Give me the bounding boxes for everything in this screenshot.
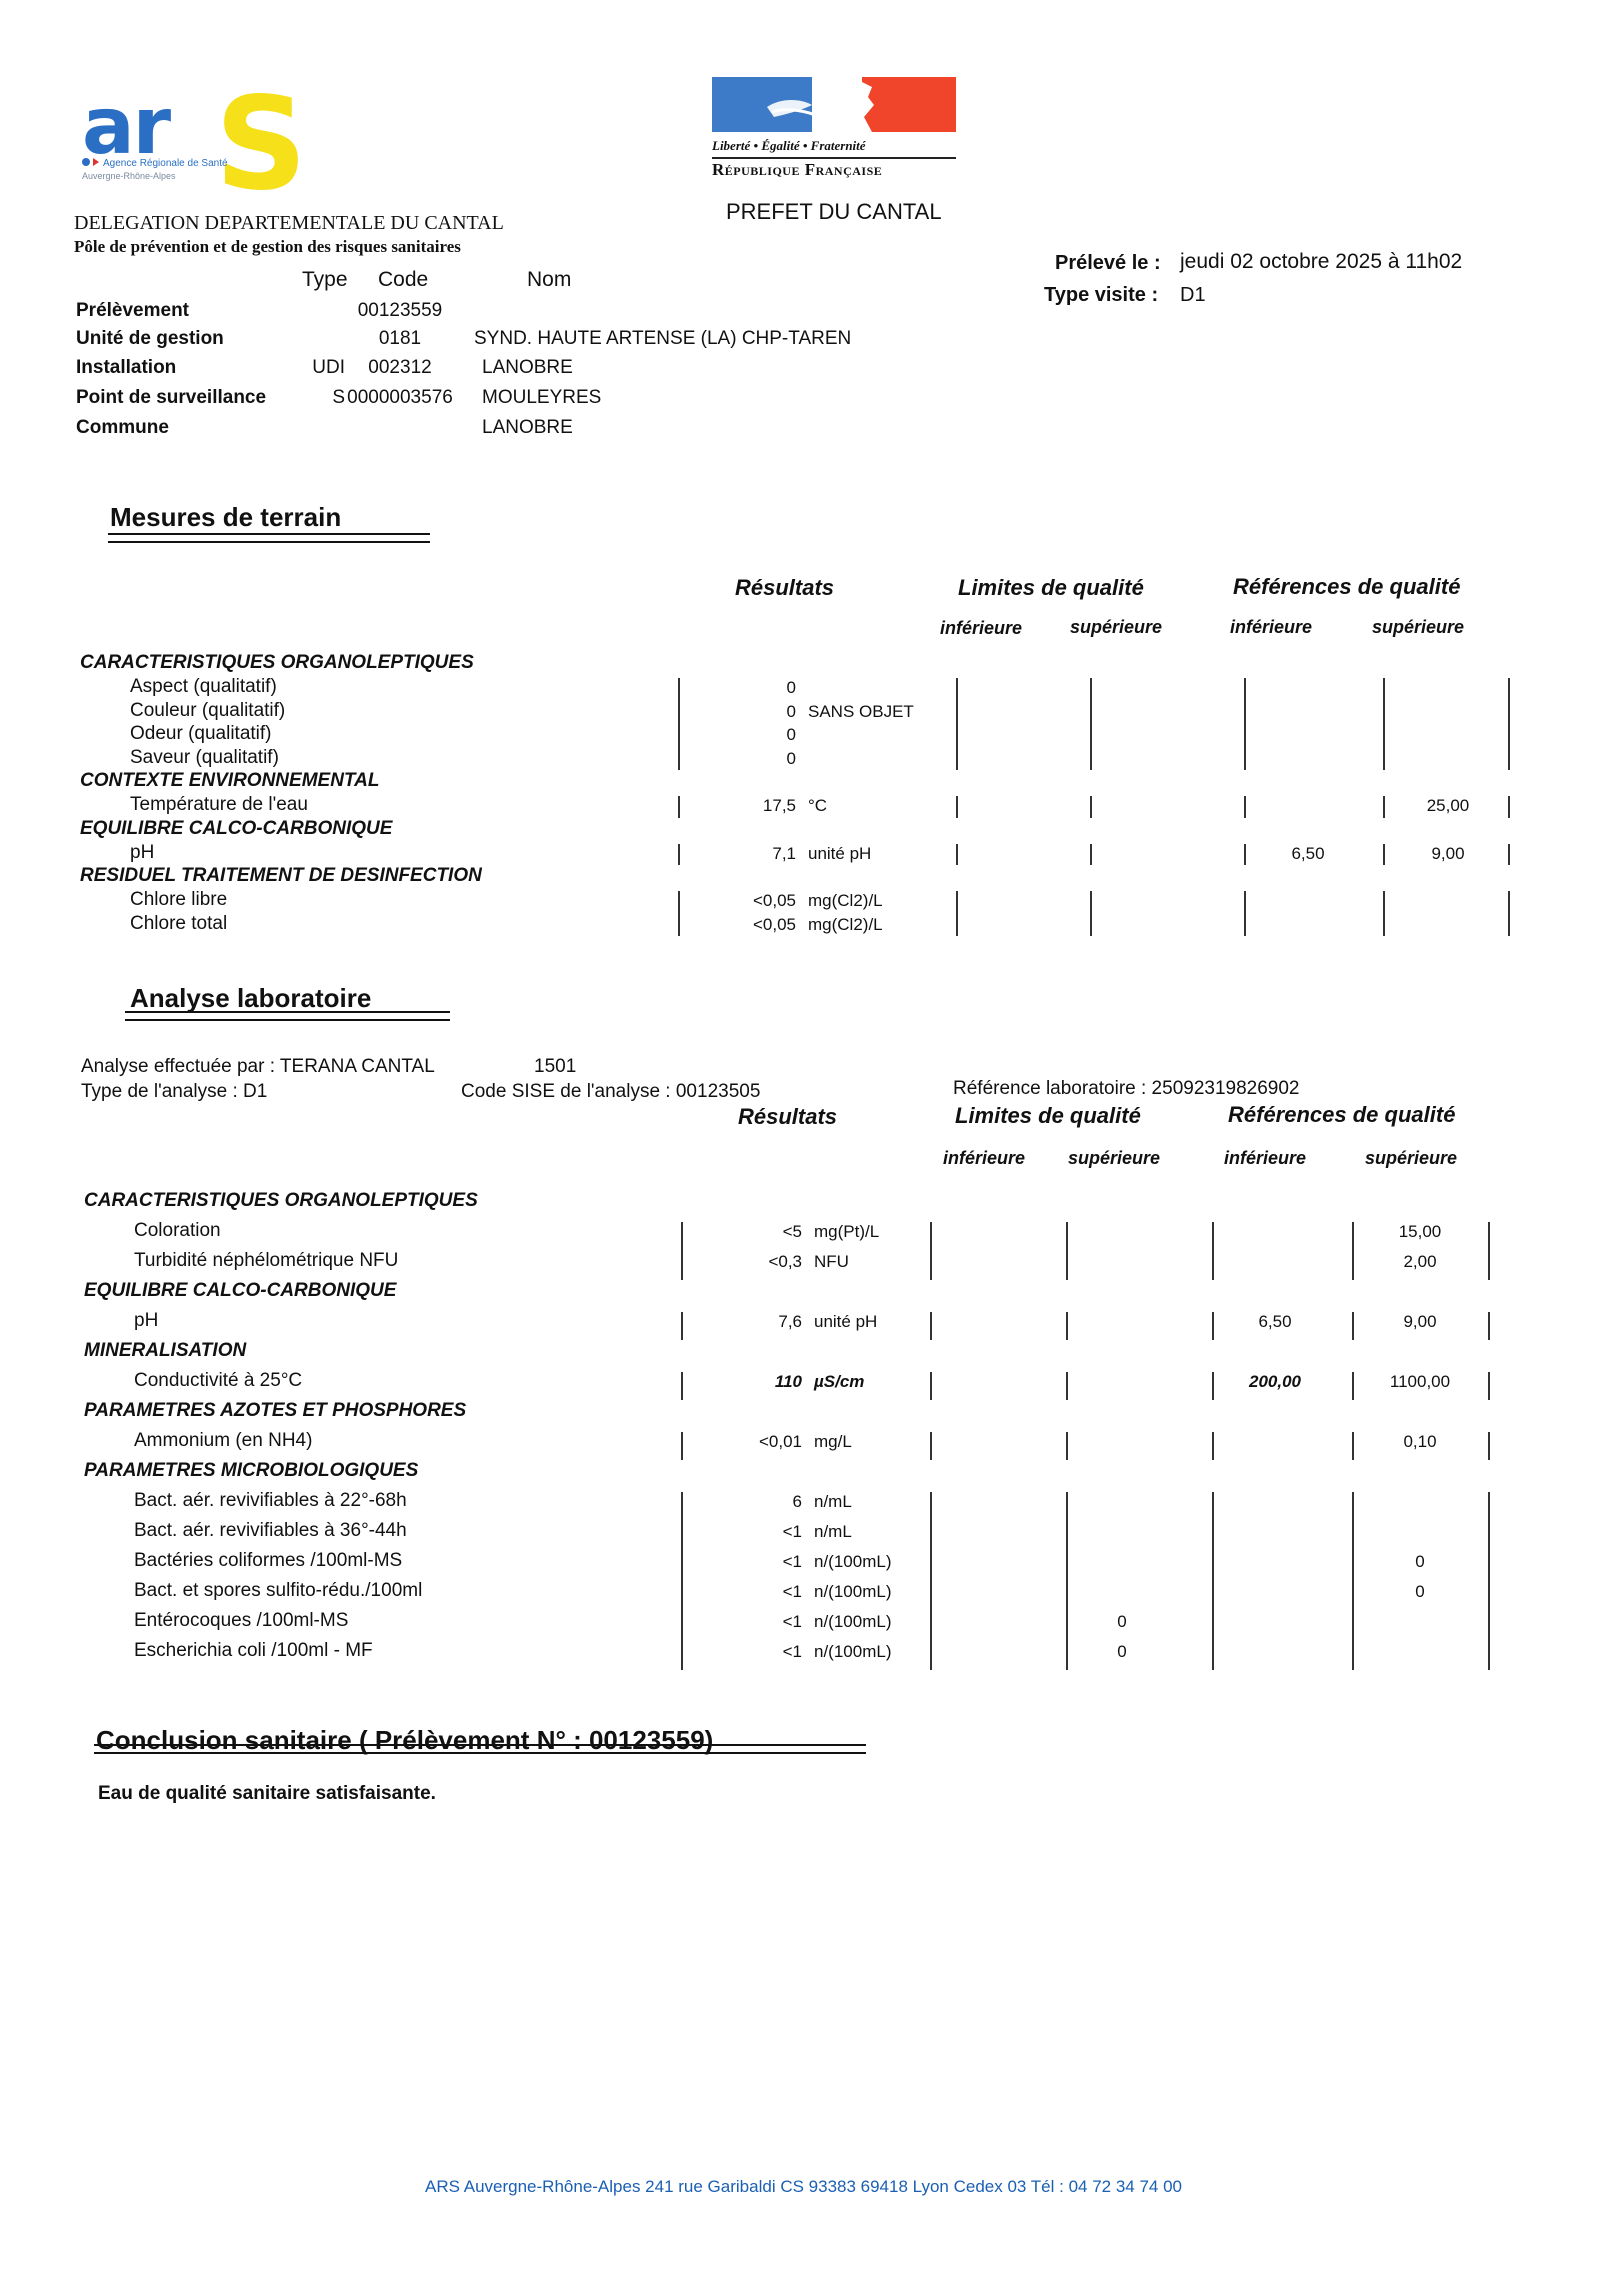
category-heading: EQUILIBRE CALCO-CARBONIQUE [84,1280,396,1302]
column-divider [930,1222,932,1280]
col-code: Code [378,268,428,292]
column-divider [1383,891,1385,936]
divider [712,157,956,159]
result-value: <0,05 [696,915,796,935]
result-unit: mg/L [814,1432,852,1452]
column-divider [1352,1222,1354,1280]
result-unit: n/mL [814,1522,852,1542]
marianne-logo [712,77,956,132]
lab-lim-sup: supérieure [1068,1148,1160,1169]
column-divider [1488,1222,1490,1280]
terrain-lim-sup: supérieure [1070,617,1162,638]
ident-code: 0181 [340,328,460,350]
parameter-name: Aspect (qualitatif) [130,676,277,698]
result-unit: n/(100mL) [814,1552,891,1572]
type-analyse: Type de l'analyse : D1 [81,1081,267,1103]
column-divider [930,1492,932,1670]
type-visite-value: D1 [1180,284,1206,307]
column-divider [930,1312,932,1340]
parameter-name: Saveur (qualitatif) [130,747,279,769]
ident-nom: LANOBRE [482,417,573,439]
parameter-name: Bact. aér. revivifiables à 36°-44h [134,1520,407,1542]
result-value: 7,1 [696,844,796,864]
column-divider [1090,844,1092,866]
ref-sup: 1100,00 [1370,1372,1470,1392]
result-value: 110 [702,1372,802,1392]
column-divider [678,891,680,936]
red-arrow-icon [93,158,99,166]
prefet-title: PREFET DU CANTAL [726,199,942,225]
column-divider [930,1372,932,1400]
result-value: <0,01 [702,1432,802,1452]
category-heading: MINERALISATION [84,1340,246,1362]
result-unit: NFU [814,1252,849,1272]
conclusion-text: Eau de qualité sanitaire satisfaisante. [98,1783,436,1805]
column-divider [681,1222,683,1280]
category-heading: CARACTERISTIQUES ORGANOLEPTIQUES [84,1190,478,1212]
ident-code: 002312 [340,357,460,379]
column-divider [681,1432,683,1460]
section-title-laboratoire: Analyse laboratoire [130,983,371,1014]
column-divider [1066,1432,1068,1460]
ident-nom: SYND. HAUTE ARTENSE (LA) CHP-TAREN [474,328,851,350]
ref-sup: 9,00 [1398,844,1498,864]
parameter-name: Bact. aér. revivifiables à 22°-68h [134,1490,407,1512]
result-value: <5 [702,1222,802,1242]
ref-sup: 0 [1370,1582,1470,1602]
republique-devise: Liberté • Égalité • Fraternité [712,138,866,154]
ref-inf: 6,50 [1258,844,1358,864]
ref-sup: 2,00 [1370,1252,1470,1272]
parameter-name: Couleur (qualitatif) [130,700,285,722]
parameter-name: Escherichia coli /100ml - MF [134,1640,373,1662]
col-type: Type [302,268,348,292]
column-divider [1212,1312,1214,1340]
column-divider [1244,891,1246,936]
result-value: <0,05 [696,891,796,911]
result-value: 0 [696,725,796,745]
ident-code: 00123559 [340,300,460,322]
column-divider [1212,1222,1214,1280]
column-divider [1508,891,1510,936]
parameter-name: Chlore libre [130,889,227,911]
terrain-col-references: Références de qualité [1233,574,1460,600]
column-divider [678,796,680,818]
column-divider [930,1432,932,1460]
parameter-name: Turbidité néphélométrique NFU [134,1250,398,1272]
ident-label: Commune [76,417,169,439]
result-unit: n/(100mL) [814,1612,891,1632]
column-divider [678,678,680,770]
parameter-name: Conductivité à 25°C [134,1370,302,1392]
column-divider [1383,796,1385,818]
column-divider [1508,678,1510,770]
column-divider [1352,1312,1354,1340]
column-divider [1488,1312,1490,1340]
ref-sup: 25,00 [1398,796,1498,816]
ident-label: Prélèvement [76,300,189,322]
column-divider [1383,678,1385,770]
category-heading: RESIDUEL TRAITEMENT DE DESINFECTION [80,865,482,887]
category-heading: EQUILIBRE CALCO-CARBONIQUE [80,818,392,840]
lim-sup: 0 [1072,1642,1172,1662]
ars-logo-subtitle: Agence Régionale de Santé [82,158,228,169]
ref-sup: 0,10 [1370,1432,1470,1452]
lab-ref-sup: supérieure [1365,1148,1457,1169]
lab-col-references: Références de qualité [1228,1102,1455,1128]
preleve-value: jeudi 02 octobre 2025 à 11h02 [1180,250,1462,274]
column-divider [1383,844,1385,866]
column-divider [1090,678,1092,770]
result-unit: n/(100mL) [814,1582,891,1602]
column-divider [1066,1222,1068,1280]
result-unit: SANS OBJET [808,702,914,722]
column-divider [1212,1492,1214,1670]
ident-label: Installation [76,357,176,379]
column-divider [1212,1432,1214,1460]
ref-sup: 15,00 [1370,1222,1470,1242]
result-value: <1 [702,1612,802,1632]
terrain-ref-inf: inférieure [1230,617,1312,638]
ars-logo-s: S [215,70,307,219]
column-divider [681,1312,683,1340]
terrain-ref-sup: supérieure [1372,617,1464,638]
ident-code: 0000003576 [340,387,460,409]
column-divider [1244,844,1246,866]
lab-col-resultats: Résultats [738,1104,837,1130]
result-value: <1 [702,1642,802,1662]
column-divider [1244,796,1246,818]
result-unit: mg(Cl2)/L [808,915,883,935]
preleve-label: Prélevé le : [1055,252,1161,275]
result-value: <1 [702,1522,802,1542]
lim-sup: 0 [1072,1612,1172,1632]
category-heading: PARAMETRES MICROBIOLOGIQUES [84,1460,418,1482]
column-divider [1212,1372,1214,1400]
column-divider [1066,1492,1068,1670]
republique-francaise: République Française [712,160,882,180]
delegation-title: DELEGATION DEPARTEMENTALE DU CANTAL [74,212,504,235]
column-divider [1352,1372,1354,1400]
lab-col-limites: Limites de qualité [955,1103,1141,1129]
result-unit: unité pH [808,844,871,864]
parameter-name: Bact. et spores sulfito-rédu./100ml [134,1580,422,1602]
column-divider [956,891,958,936]
result-unit: n/(100mL) [814,1642,891,1662]
result-unit: n/mL [814,1492,852,1512]
terrain-col-limites: Limites de qualité [958,575,1144,601]
parameter-name: Entérocoques /100ml-MS [134,1610,348,1632]
ident-type: UDI [300,357,345,379]
ref-sup: 9,00 [1370,1312,1470,1332]
column-divider [1352,1492,1354,1670]
lab-ref-inf: inférieure [1224,1148,1306,1169]
parameter-name: Bactéries coliformes /100ml-MS [134,1550,402,1572]
parameter-name: Coloration [134,1220,221,1242]
column-divider [1244,678,1246,770]
column-divider [956,678,958,770]
marianne-profile-icon [712,77,956,132]
ident-type: S [300,387,345,409]
result-value: 17,5 [696,796,796,816]
column-divider [1488,1372,1490,1400]
result-value: 0 [696,749,796,769]
column-divider [1090,891,1092,936]
parameter-name: Odeur (qualitatif) [130,723,272,745]
parameter-name: Chlore total [130,913,227,935]
ident-label: Unité de gestion [76,328,224,350]
ref-inf: 200,00 [1225,1372,1325,1392]
title-underline [125,1011,450,1021]
result-value: <1 [702,1552,802,1572]
reference-laboratoire: Référence laboratoire : 25092319826902 [953,1078,1300,1100]
analyse-effectuee-par: Analyse effectuée par : TERANA CANTAL [81,1056,435,1078]
result-value: 6 [702,1492,802,1512]
ref-inf: 6,50 [1225,1312,1325,1332]
result-value: 0 [696,678,796,698]
code-sise: Code SISE de l'analyse : 00123505 [461,1081,760,1103]
ident-nom: LANOBRE [482,357,573,379]
column-divider [681,1372,683,1400]
title-underline [94,1744,866,1754]
parameter-name: Ammonium (en NH4) [134,1430,312,1452]
result-unit: µS/cm [814,1372,864,1392]
parameter-name: Température de l'eau [130,794,308,816]
blue-dot-icon [82,158,90,166]
result-value: <1 [702,1582,802,1602]
result-unit: mg(Pt)/L [814,1222,879,1242]
ident-label: Point de surveillance [76,387,266,409]
lab-code: 1501 [534,1056,576,1078]
column-divider [1488,1492,1490,1670]
section-title-terrain: Mesures de terrain [110,502,341,533]
ars-logo-region: Auvergne-Rhône-Alpes [82,171,176,181]
column-divider [1508,796,1510,818]
column-divider [956,844,958,866]
result-value: <0,3 [702,1252,802,1272]
lab-lim-inf: inférieure [943,1148,1025,1169]
ident-nom: MOULEYRES [482,387,601,409]
pole-subtitle: Pôle de prévention et de gestion des ris… [74,237,461,257]
column-divider [1488,1432,1490,1460]
column-divider [1352,1432,1354,1460]
ref-sup: 0 [1370,1552,1470,1572]
terrain-lim-inf: inférieure [940,618,1022,639]
result-unit: mg(Cl2)/L [808,891,883,911]
result-value: 7,6 [702,1312,802,1332]
col-nom: Nom [527,268,571,292]
result-value: 0 [696,702,796,722]
column-divider [1066,1312,1068,1340]
category-heading: CARACTERISTIQUES ORGANOLEPTIQUES [80,652,474,674]
parameter-name: pH [130,842,154,864]
type-visite-label: Type visite : [1044,284,1158,307]
category-heading: PARAMETRES AZOTES ET PHOSPHORES [84,1400,466,1422]
parameter-name: pH [134,1310,158,1332]
column-divider [1090,796,1092,818]
column-divider [1066,1372,1068,1400]
column-divider [1508,844,1510,866]
column-divider [678,844,680,866]
column-divider [681,1492,683,1670]
category-heading: CONTEXTE ENVIRONNEMENTAL [80,770,379,792]
terrain-col-resultats: Résultats [735,575,834,601]
column-divider [956,796,958,818]
title-underline [108,533,430,543]
footer-address: ARS Auvergne-Rhône-Alpes 241 rue Garibal… [425,2177,1182,2197]
result-unit: unité pH [814,1312,877,1332]
result-unit: °C [808,796,827,816]
